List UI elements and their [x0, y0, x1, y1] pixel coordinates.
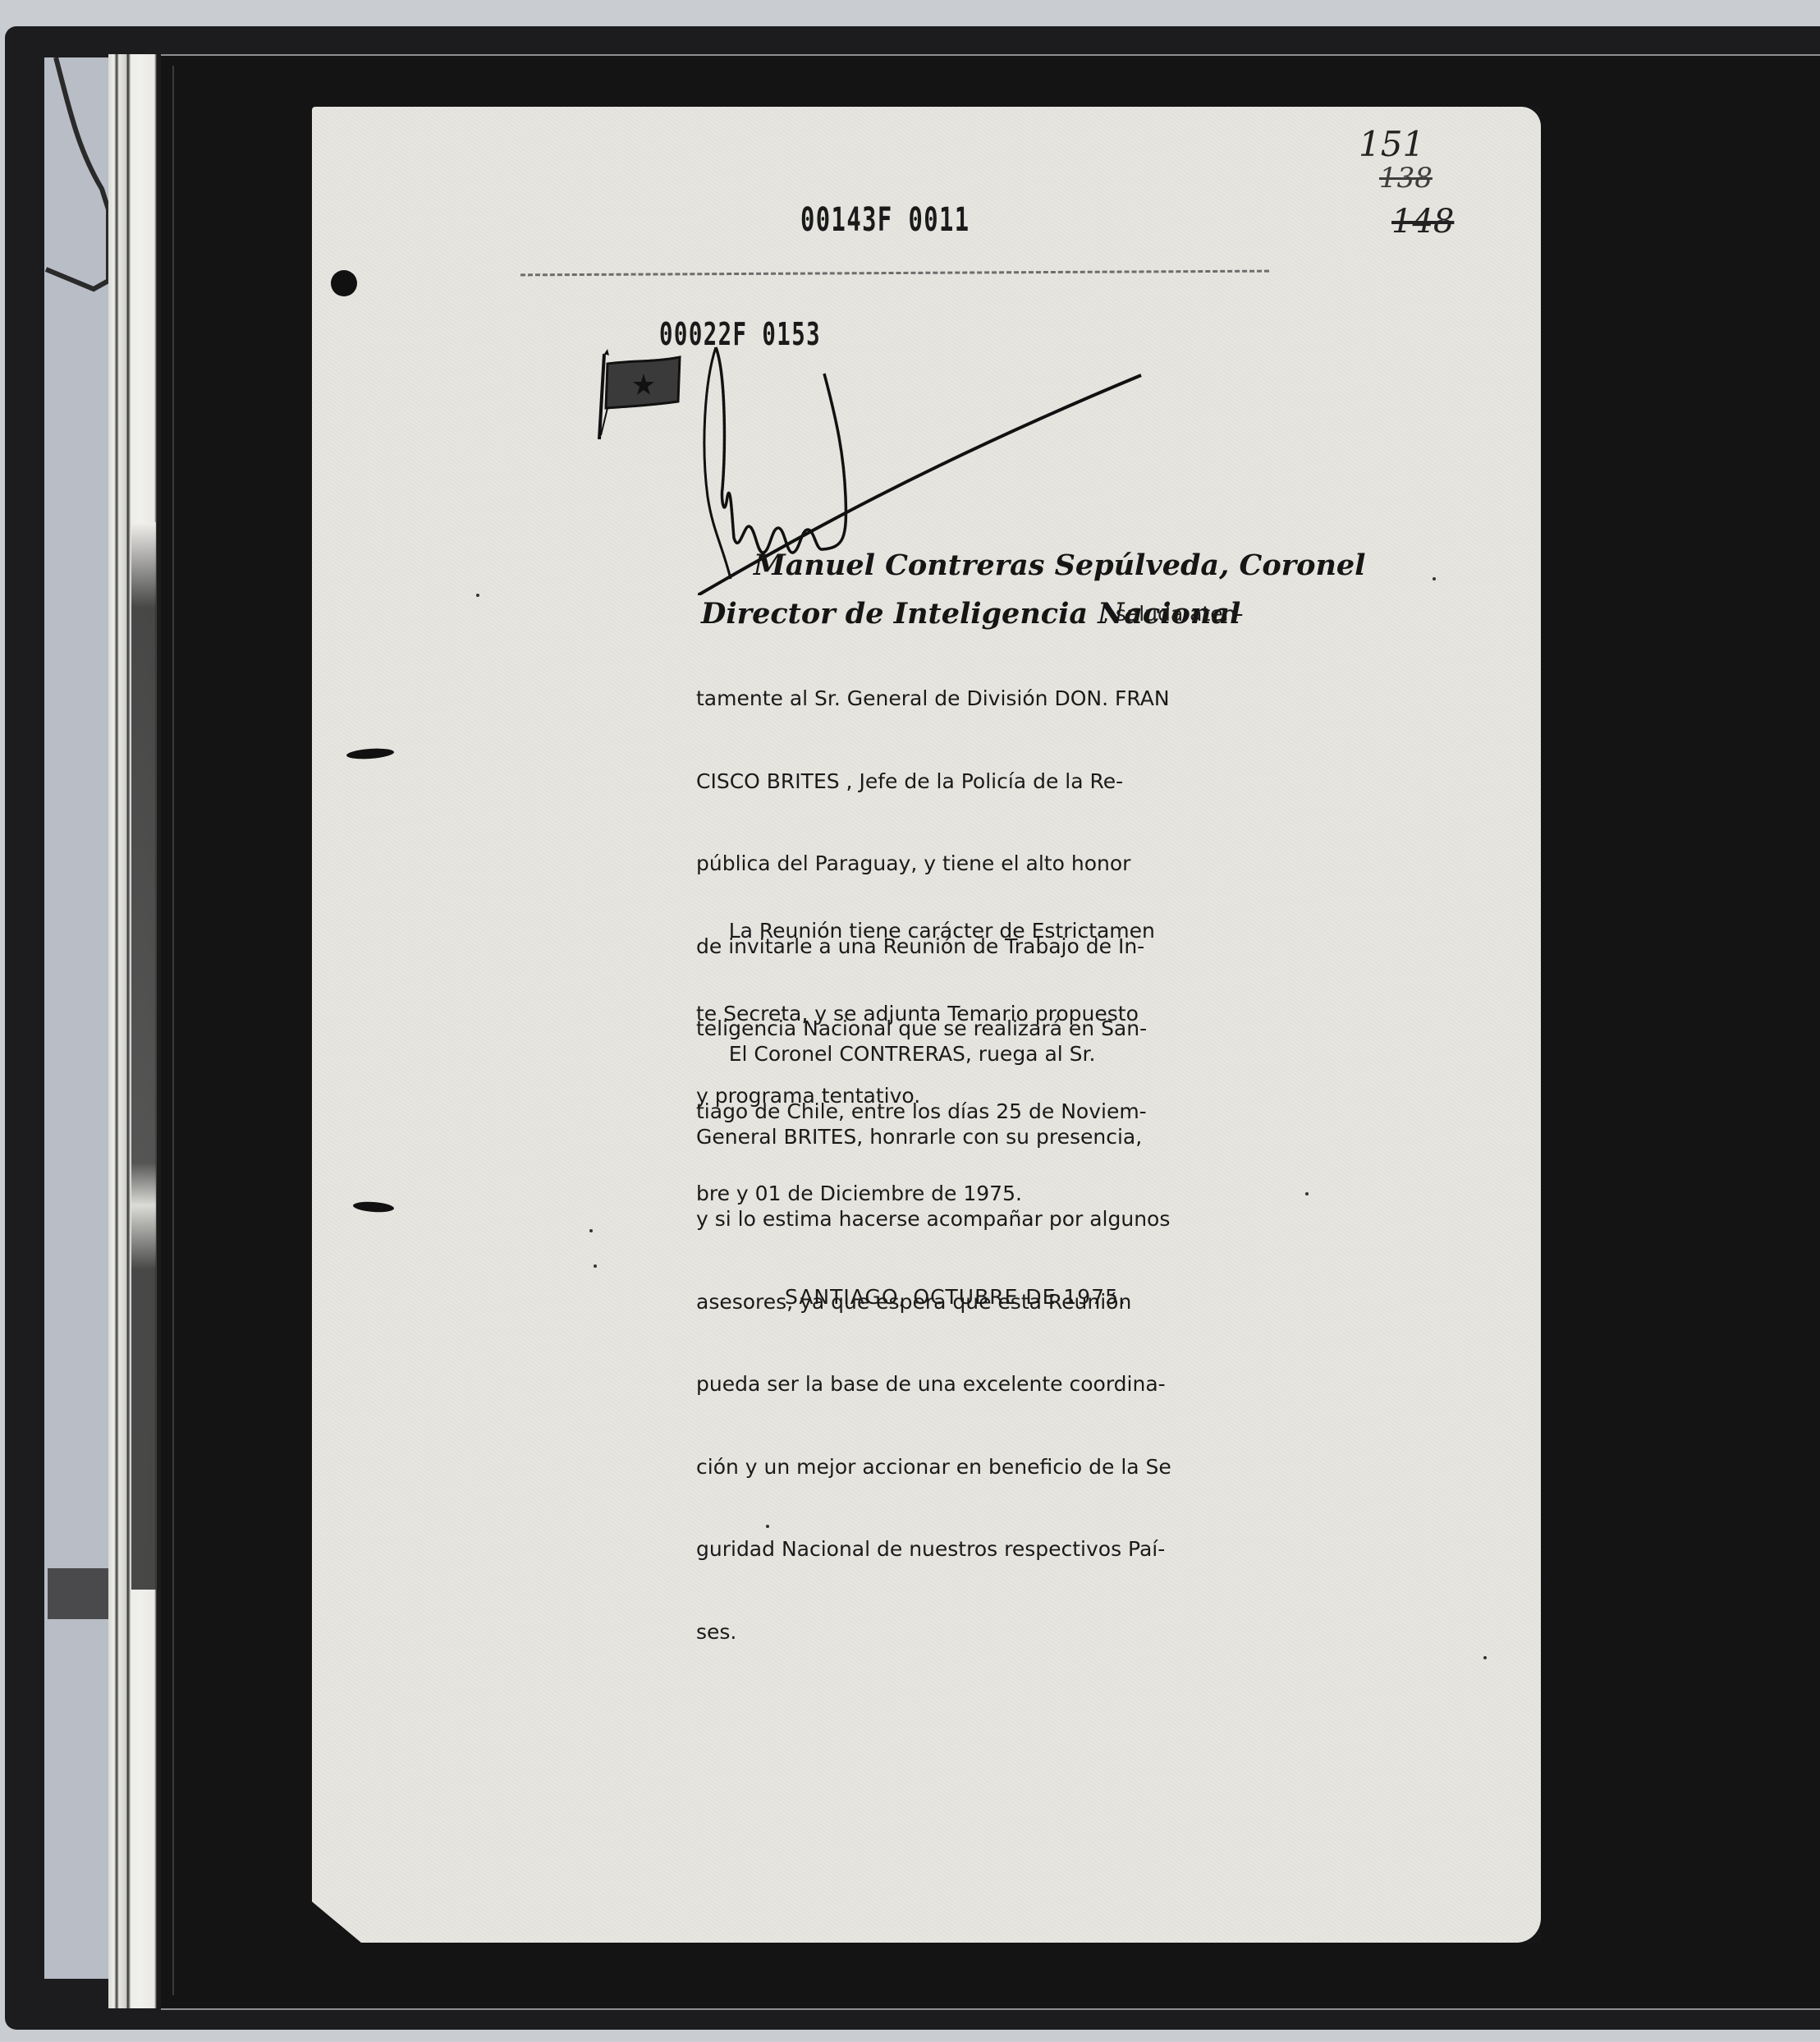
text-line: ses.: [696, 1618, 1171, 1646]
paragraph-request: El Coronel CONTRERAS, ruega al Sr. Gener…: [696, 985, 1171, 1673]
paper-speck: [1305, 1192, 1309, 1195]
paper-speck: [1433, 577, 1436, 580]
paper-speck: [766, 1525, 769, 1528]
adjacent-page-print: [44, 57, 108, 1979]
text-line: y si lo estima hacerse acompañar por alg…: [696, 1205, 1171, 1233]
handwritten-page-number: 151: [1359, 127, 1424, 162]
sender-name: Manuel Contreras Sepúlveda, Coronel: [754, 548, 1365, 582]
punch-hole: [331, 270, 357, 296]
underlying-photo-edge: [131, 522, 156, 1590]
crossed-page-number-1: 138: [1379, 164, 1433, 192]
sender-title-continuation: , saluda aten-: [1103, 602, 1244, 626]
adjacent-page-block: [48, 1568, 108, 1619]
adjacent-page-graphic: [44, 57, 110, 296]
chilean-flag-icon: [598, 349, 696, 443]
text-line: La Reunión tiene carácter de Estrictamen: [696, 917, 1155, 945]
crossed-page-number-2: 148: [1391, 205, 1454, 238]
closing-date-line: SANTIAGO, OCTUBRE DE 1975.: [785, 1285, 1126, 1309]
paper-speck: [1483, 1656, 1487, 1659]
text-line: ción y un mejor accionar en beneficio de…: [696, 1453, 1171, 1481]
board-edge-line: [172, 66, 174, 1995]
text-line: guridad Nacional de nuestros respectivos…: [696, 1535, 1171, 1563]
paper-speck: [589, 1229, 593, 1232]
archive-stamp-number: 00143F 0011: [800, 201, 970, 239]
text-line: El Coronel CONTRERAS, ruega al Sr.: [696, 1040, 1171, 1068]
paper-speck: [476, 594, 479, 597]
text-line: CISCO BRITES , Jefe de la Policía de la …: [696, 768, 1170, 796]
text-line: General BRITES, honrarle con su presenci…: [696, 1123, 1171, 1151]
text-line: tamente al Sr. General de División DON. …: [696, 685, 1170, 713]
page-stack-edge: [108, 54, 167, 2008]
text-line: pueda ser la base de una excelente coord…: [696, 1370, 1171, 1398]
paper-speck: [594, 1264, 597, 1268]
